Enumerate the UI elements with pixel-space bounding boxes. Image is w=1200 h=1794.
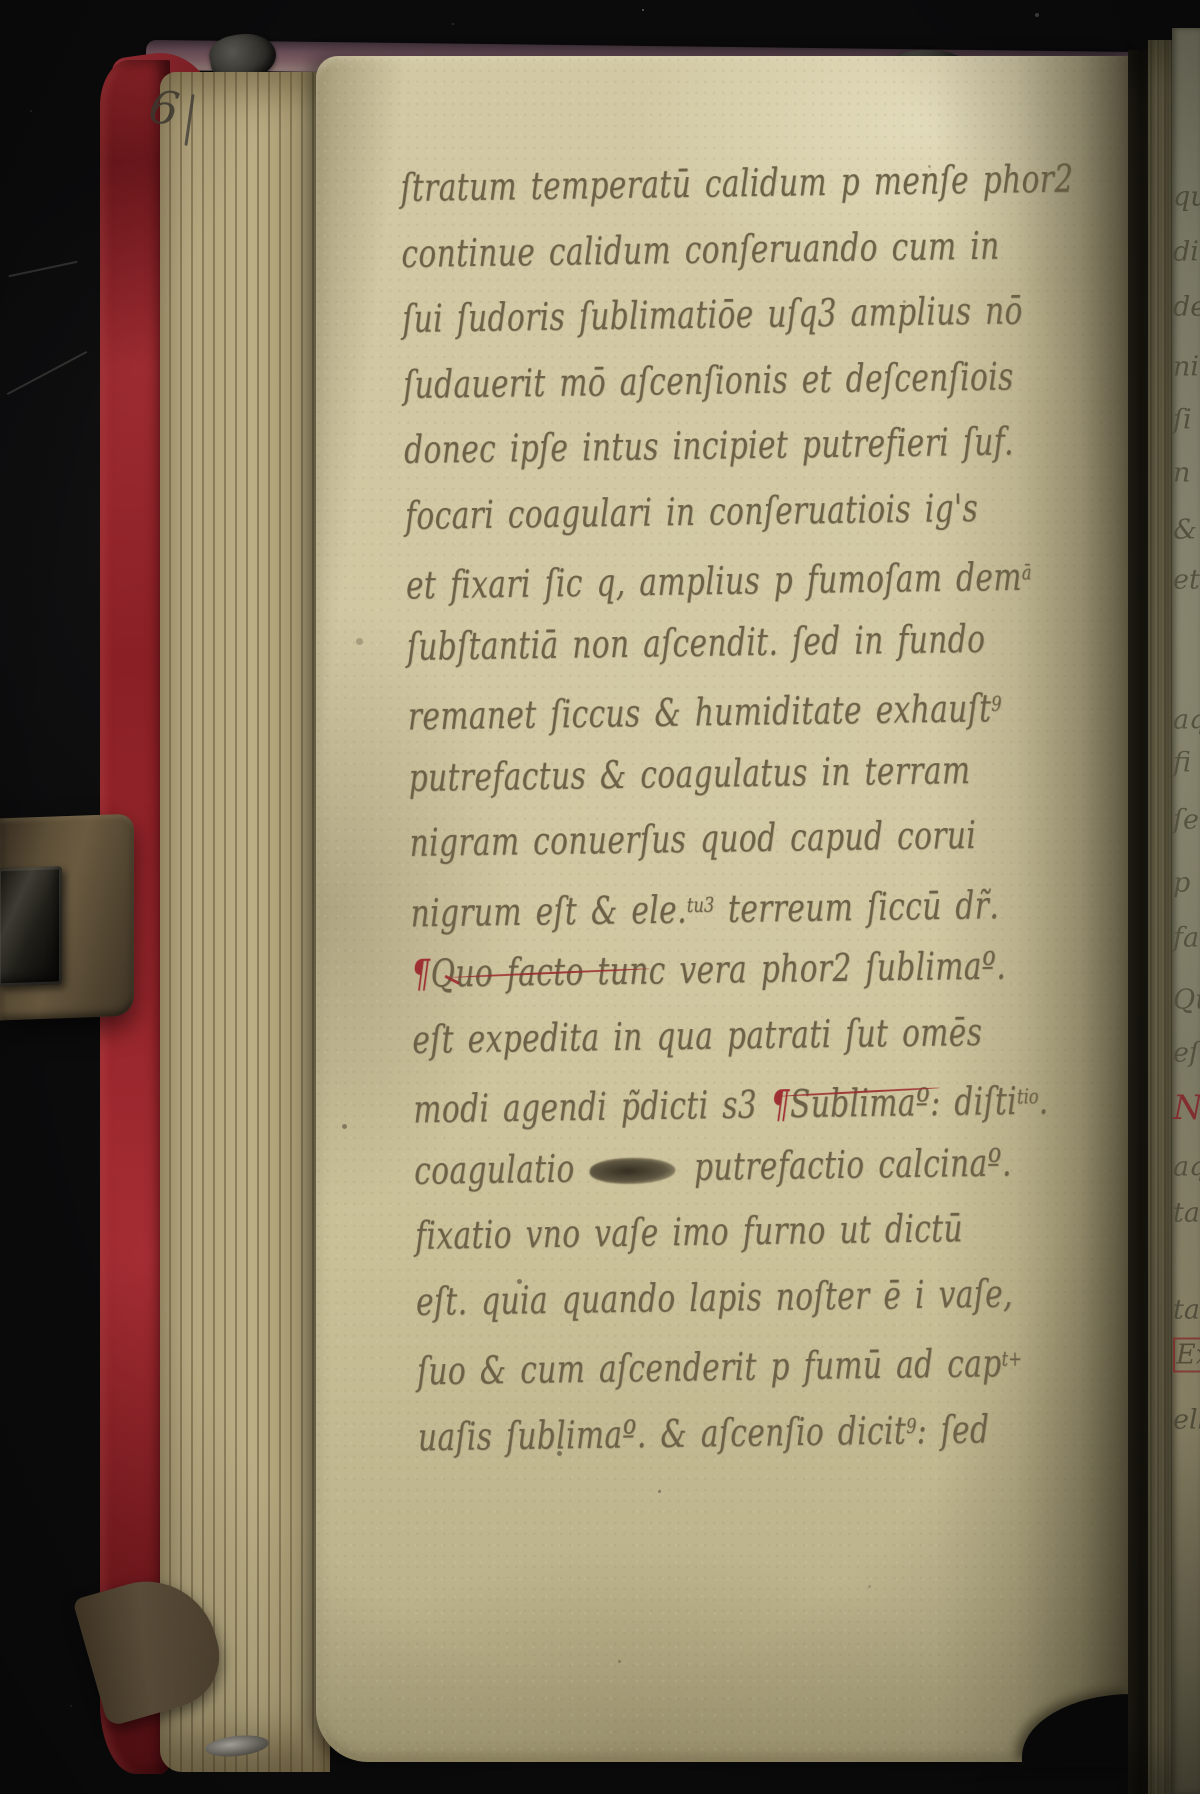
text-line: modi agendi p̃dicti s3 ¶Sublimaº: diſtit… <box>413 1065 991 1139</box>
text-line: ſudauerit mō aſcenſionis et deſcenſiois <box>403 344 981 418</box>
facing-text-fragment: ſi <box>1173 405 1192 436</box>
line-segment: coagulatio <box>414 1146 589 1192</box>
line-segment: ſudauerit mō aſcenſionis et deſcenſiois <box>403 354 1014 407</box>
rubric-mark: ¶ <box>770 1082 790 1126</box>
gutter-shadow <box>1128 50 1150 1794</box>
line-segment: eſt expedita in qua patrati ſut omēs <box>412 1009 983 1061</box>
line-segment: putrefactus & coagulatus in terram <box>408 748 970 800</box>
text-line: ſtratum temperatū calidum p menſe phor2 <box>400 148 978 222</box>
text-line: ¶Quo facto tunc vera phor2 ſublimaº. <box>411 934 989 1008</box>
text-line: putrefactus & coagulatus in terram <box>408 737 986 811</box>
ink-blot <box>588 1157 678 1184</box>
facing-text-fragment: tat <box>1173 1295 1200 1326</box>
text-line: remanet ſiccus & humiditate exhauſt9 <box>407 672 985 746</box>
text-line: focari coagulari in conſeruatiois ig's <box>405 475 983 549</box>
facing-page: qudideniſin&etaqfiſepfaQueſNaqtatatExell… <box>1172 28 1200 1794</box>
text-line: eſt. quia quando lapis noſter ē i vaſe, <box>416 1261 994 1335</box>
facing-text-fragment: Qu <box>1173 985 1200 1016</box>
line-segment: remanet ſiccus & humiditate exhauſt <box>408 686 992 738</box>
line-segment: ſubſtantiā non aſcendit. ſed in fundo <box>407 616 986 668</box>
dust-specks <box>0 0 2 2</box>
line-segment: donec ipſe intus incipiet putrefieri ſuf… <box>404 419 1014 472</box>
text-line: ſuo & cum aſcenderit p fumū ad capt+ <box>416 1327 994 1401</box>
text-line: et fixari ſic q, amplius p fumoſam demā <box>405 541 983 615</box>
line-segment: t+ <box>1001 1346 1022 1370</box>
text-line: eſt expedita in qua patrati ſut omēs <box>412 999 990 1073</box>
facing-text-fragment: de <box>1173 292 1200 323</box>
facing-text-fragment: et <box>1173 565 1200 596</box>
facing-text-fragment: Ex <box>1173 1338 1200 1373</box>
facing-text-fragment: qu <box>1173 182 1200 213</box>
facing-text-fragment: ni <box>1173 352 1199 383</box>
text-line: coagulatio putrefactio calcinaº. <box>414 1130 992 1204</box>
line-segment: focari coagulari in conſeruatiois ig's <box>405 485 979 537</box>
line-segment: putrefactio calcinaº. <box>680 1140 1012 1189</box>
text-line: ſubſtantiā non aſcendit. ſed in fundo <box>406 606 984 680</box>
line-segment: . <box>1038 1078 1048 1122</box>
facing-text-fragment: fa <box>1173 923 1199 954</box>
manuscript-text: ſtratum temperatū calidum p menſe phor2c… <box>400 146 1158 1466</box>
line-segment: fixatio vno vaſe imo furno ut dictū <box>415 1206 963 1258</box>
line-segment: tu3 <box>687 892 715 916</box>
line-segment: et fixari ſic q, amplius p fumoſam dem <box>406 555 1022 608</box>
line-segment: nigram conuerſus quod capud corui <box>409 813 976 865</box>
facing-text-fragment: ta <box>1173 1198 1200 1229</box>
text-line: continue calidum conſeruando cum in <box>401 213 979 287</box>
line-segment: terreum ſiccū dr̃. <box>714 883 999 931</box>
facing-text-fragment: fi <box>1173 748 1191 779</box>
facing-text-fragment: di <box>1173 237 1199 268</box>
facing-text-fragment: & <box>1173 515 1197 546</box>
line-segment: uaſis ſublimaº. & aſcenſio dicit <box>418 1408 907 1459</box>
facing-text-fragment: N <box>1173 1088 1200 1128</box>
line-segment: continue calidum conſeruando cum in <box>401 223 1000 275</box>
scratch-mark <box>7 351 87 395</box>
line-segment: Sublimaº: diſti <box>790 1079 1018 1126</box>
line-segment: 9 <box>991 692 1002 716</box>
rubric-mark: ¶ <box>411 952 431 996</box>
facing-text-fragment: p <box>1173 868 1190 899</box>
facing-text-fragment: ſe <box>1173 805 1199 836</box>
facing-leaf-fore-edge <box>1148 40 1174 1794</box>
clasp-metal-fitting <box>0 866 62 986</box>
text-line: donec ipſe intus incipiet putrefieri ſuf… <box>404 410 982 484</box>
line-segment: Quo facto tunc vera phor2 ſublimaº. <box>430 944 1006 996</box>
line-segment: eſt. quia quando lapis noſter ē i vaſe, <box>416 1271 1013 1323</box>
line-segment: modi agendi p̃dicti s3 <box>413 1082 771 1131</box>
facing-text-fragment: elle. <box>1173 1405 1200 1436</box>
line-segment: ſui ſudoris ſublimatiōe uſq3 amplius nō <box>402 288 1023 341</box>
line-segment: : ſed <box>916 1407 989 1452</box>
text-line: ſui ſudoris ſublimatiōe uſq3 amplius nō <box>402 279 980 353</box>
facing-text-fragment: aq <box>1173 705 1200 736</box>
facing-text-fragment: eſ <box>1173 1038 1199 1069</box>
page-edges-stack <box>160 72 330 1772</box>
leather-clasp-strap <box>0 814 134 1021</box>
facing-text-fragment: aq <box>1173 1152 1200 1183</box>
scratch-mark <box>9 261 78 278</box>
facing-text-fragment: n <box>1173 458 1190 489</box>
line-segment: nigrum eſt & ele. <box>410 887 687 935</box>
line-segment: tio <box>1017 1084 1039 1108</box>
text-line: fixatio vno vaſe imo furno ut dictū <box>415 1196 993 1270</box>
line-segment: ſtratum temperatū calidum p menſe phor2 <box>400 157 1074 210</box>
line-segment: 9 <box>906 1413 917 1437</box>
line-segment: ā <box>1022 560 1032 584</box>
text-line: nigrum eſt & ele.tu3 terreum ſiccū dr̃. <box>410 868 988 942</box>
text-line: uaſis ſublimaº. & aſcenſio dicit9: ſed <box>417 1392 995 1466</box>
line-segment: ſuo & cum aſcenderit p fumū ad cap <box>417 1341 1002 1393</box>
text-line: nigram conuerſus quod capud corui <box>409 803 987 877</box>
photo-background: 6 ſtratum temperatū calidum p menſe phor… <box>0 0 1200 1794</box>
